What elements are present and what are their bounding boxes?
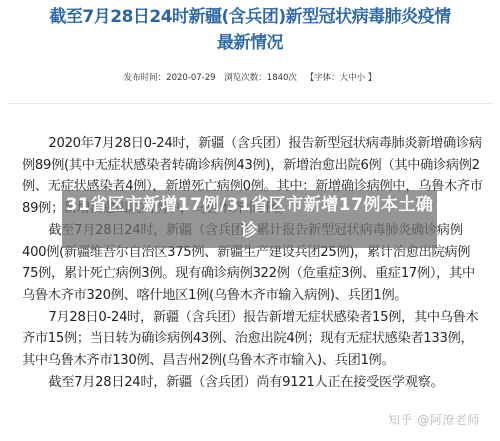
watermark: 知乎 @阿潦老师	[388, 411, 480, 428]
title-line-2: 最新情况	[0, 30, 500, 56]
divider	[7, 103, 493, 104]
article-title: 截至7月28日24时新疆(含兵团)新型冠状病毒肺炎疫情 最新情况	[0, 4, 500, 56]
headline-overlay: 31省区市新增17例/31省区市新增17例本土确诊	[62, 190, 437, 248]
publish-date: 发布时间：2020-07-29	[124, 73, 216, 83]
title-line-1: 截至7月28日24时新疆(含兵团)新型冠状病毒肺炎疫情	[0, 4, 500, 30]
paragraph-4: 截至7月28日24时，新疆（含兵团）尚有9121人正在接受医学观察。	[22, 372, 484, 394]
paragraph-3: 7月28日0-24时，新疆（含兵团）报告新增无症状感染者15例，其中乌鲁木齐市1…	[22, 307, 484, 372]
article-page: 截至7月28日24时新疆(含兵团)新型冠状病毒肺炎疫情 最新情况 发布时间：20…	[0, 0, 500, 441]
article-body: 2020年7月28日0-24时，新疆（含兵团）报告新型冠状病毒肺炎新增确诊病例8…	[22, 133, 484, 393]
article-meta: 发布时间：2020-07-29 浏览次数：1840次 【字体：大中小 】	[0, 72, 500, 84]
view-count: 浏览次数：1840次	[224, 73, 297, 83]
font-size-selector[interactable]: 【字体：大中小 】	[306, 73, 377, 83]
